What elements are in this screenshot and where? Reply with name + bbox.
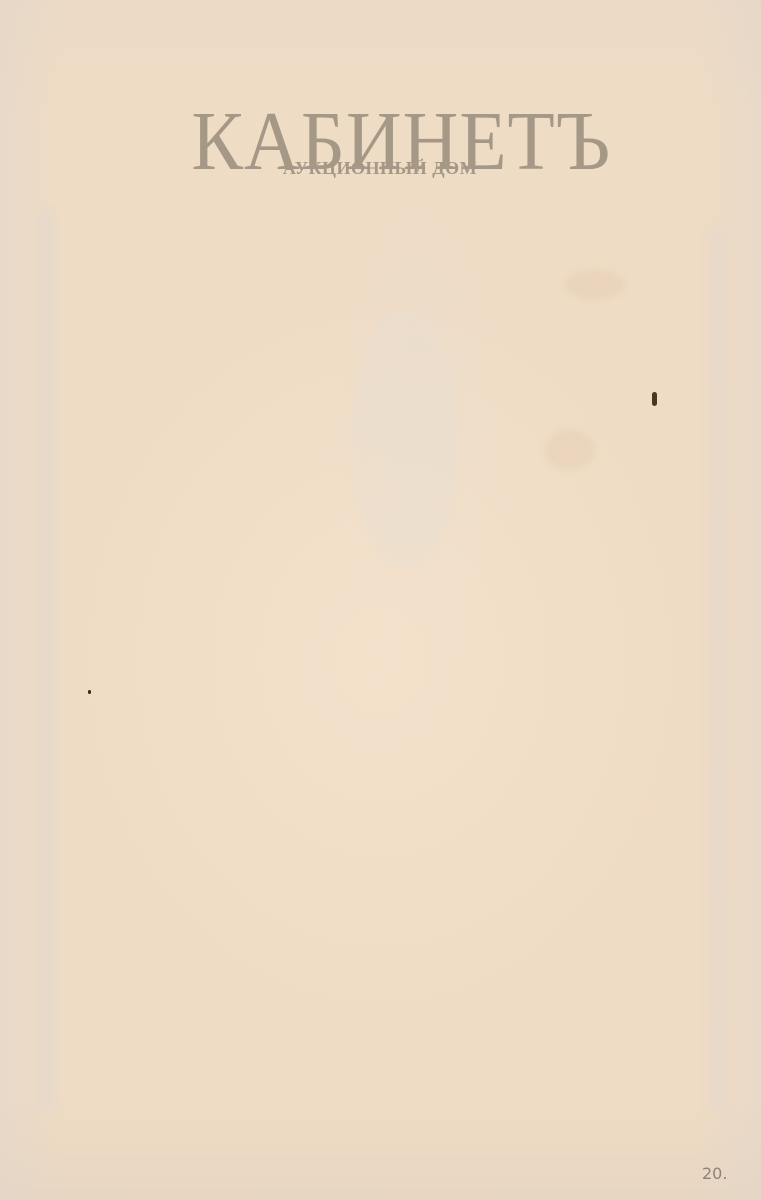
ink-spot — [88, 690, 91, 694]
left-edge-discoloration — [30, 210, 62, 1110]
right-edge-discoloration — [703, 230, 731, 1110]
handwritten-page-number: 20. — [702, 1164, 727, 1183]
ink-spot — [652, 392, 657, 406]
watermark-subtitle: АУКЦИОННЫЙ ДОМ — [175, 158, 585, 179]
watermark: КАБИНЕТЪ АУКЦИОННЫЙ ДОМ — [175, 100, 585, 190]
stain — [565, 270, 625, 300]
stain — [350, 310, 460, 570]
stain — [545, 430, 595, 470]
